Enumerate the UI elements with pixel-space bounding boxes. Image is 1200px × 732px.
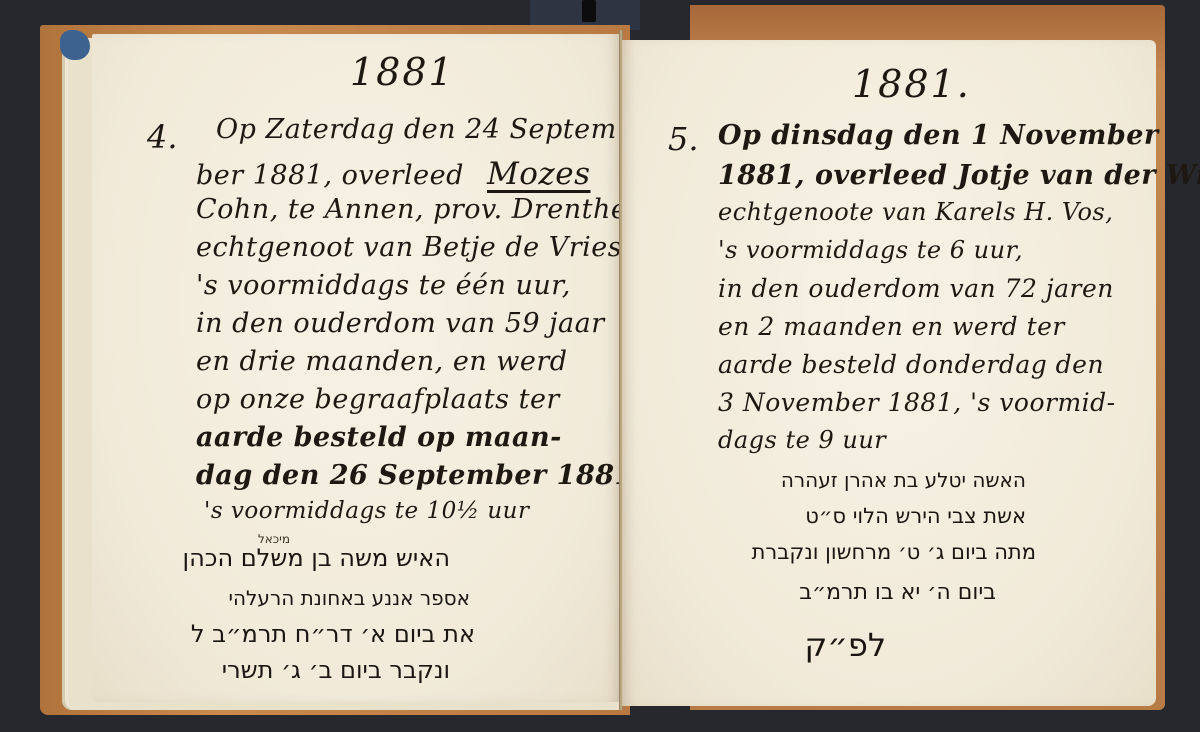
deceased-name: Mozes: [487, 156, 591, 192]
hebrew-line: האיש משה בן משלם הכהן: [183, 544, 450, 572]
left-page: 1881 4. Op Zaterdag den 24 Septem ber 18…: [92, 34, 620, 702]
background-clip: [582, 0, 596, 22]
entry-line: 's voormiddags te 10½ uur: [204, 498, 529, 524]
entry-number: 5.: [668, 120, 699, 158]
entry-line: dag den 26 September 1881: [196, 460, 634, 491]
page-year: 1881: [350, 50, 455, 94]
hebrew-line: את ביום א׳ דר״ח תרמ״ב ל: [191, 620, 475, 648]
entry-line: Op Zaterdag den 24 Septem: [216, 114, 617, 145]
entry-line: echtgenoot van Betje de Vries,: [196, 232, 631, 263]
hebrew-line: ביום ה׳ יא בו תרמ״ב: [799, 580, 996, 605]
entry-line: dags te 9 uur: [718, 426, 886, 454]
entry-line: 1881, overleed Jotje van der Wijk: [718, 160, 1200, 191]
hebrew-line: ונקבר ביום ב׳ ג׳ תשרי: [222, 656, 450, 684]
entry-line: aarde besteld op maan-: [196, 422, 562, 453]
entry-line: en 2 maanden en werd ter: [718, 312, 1065, 341]
hebrew-closing: לפ״ק: [805, 626, 887, 664]
hebrew-line: האשה יטלע בת אהרן זעהרה: [781, 468, 1026, 492]
hebrew-line: אספר אננע באחונת הרעלהי: [229, 586, 470, 610]
entry-line: 's voormiddags te 6 uur,: [718, 236, 1023, 264]
repair-tape-patch: [60, 30, 90, 60]
hebrew-line: מתה ביום ג׳ ט׳ מרחשון ונקברת: [752, 540, 1036, 564]
entry-line: op onze begraafplaats ter: [196, 384, 560, 415]
entry-line: aarde besteld donderdag den: [718, 350, 1104, 379]
entry-line: 's voormiddags te één uur,: [196, 270, 571, 301]
entry-line: in den ouderdom van 59 jaar: [196, 308, 605, 339]
page-year: 1881.: [852, 62, 971, 106]
entry-line: Op dinsdag den 1 November: [718, 120, 1159, 151]
entry-line: en drie maanden, en werd: [196, 346, 568, 377]
entry-line: 3 November 1881, 's voormid-: [718, 388, 1116, 417]
entry-line: ber 1881, overleed Mozes: [196, 156, 591, 192]
entry-line: Cohn, te Annen, prov. Drenthe,: [196, 194, 636, 225]
hebrew-line: אשת צבי הירש הלוי ס״ט: [805, 504, 1026, 528]
right-page: 1881. 5. Op dinsdag den 1 November 1881,…: [622, 40, 1156, 706]
entry-number: 4.: [147, 118, 178, 156]
entry-line: in den ouderdom van 72 jaren: [718, 274, 1114, 303]
entry-line: echtgenoote van Karels H. Vos,: [718, 198, 1113, 226]
